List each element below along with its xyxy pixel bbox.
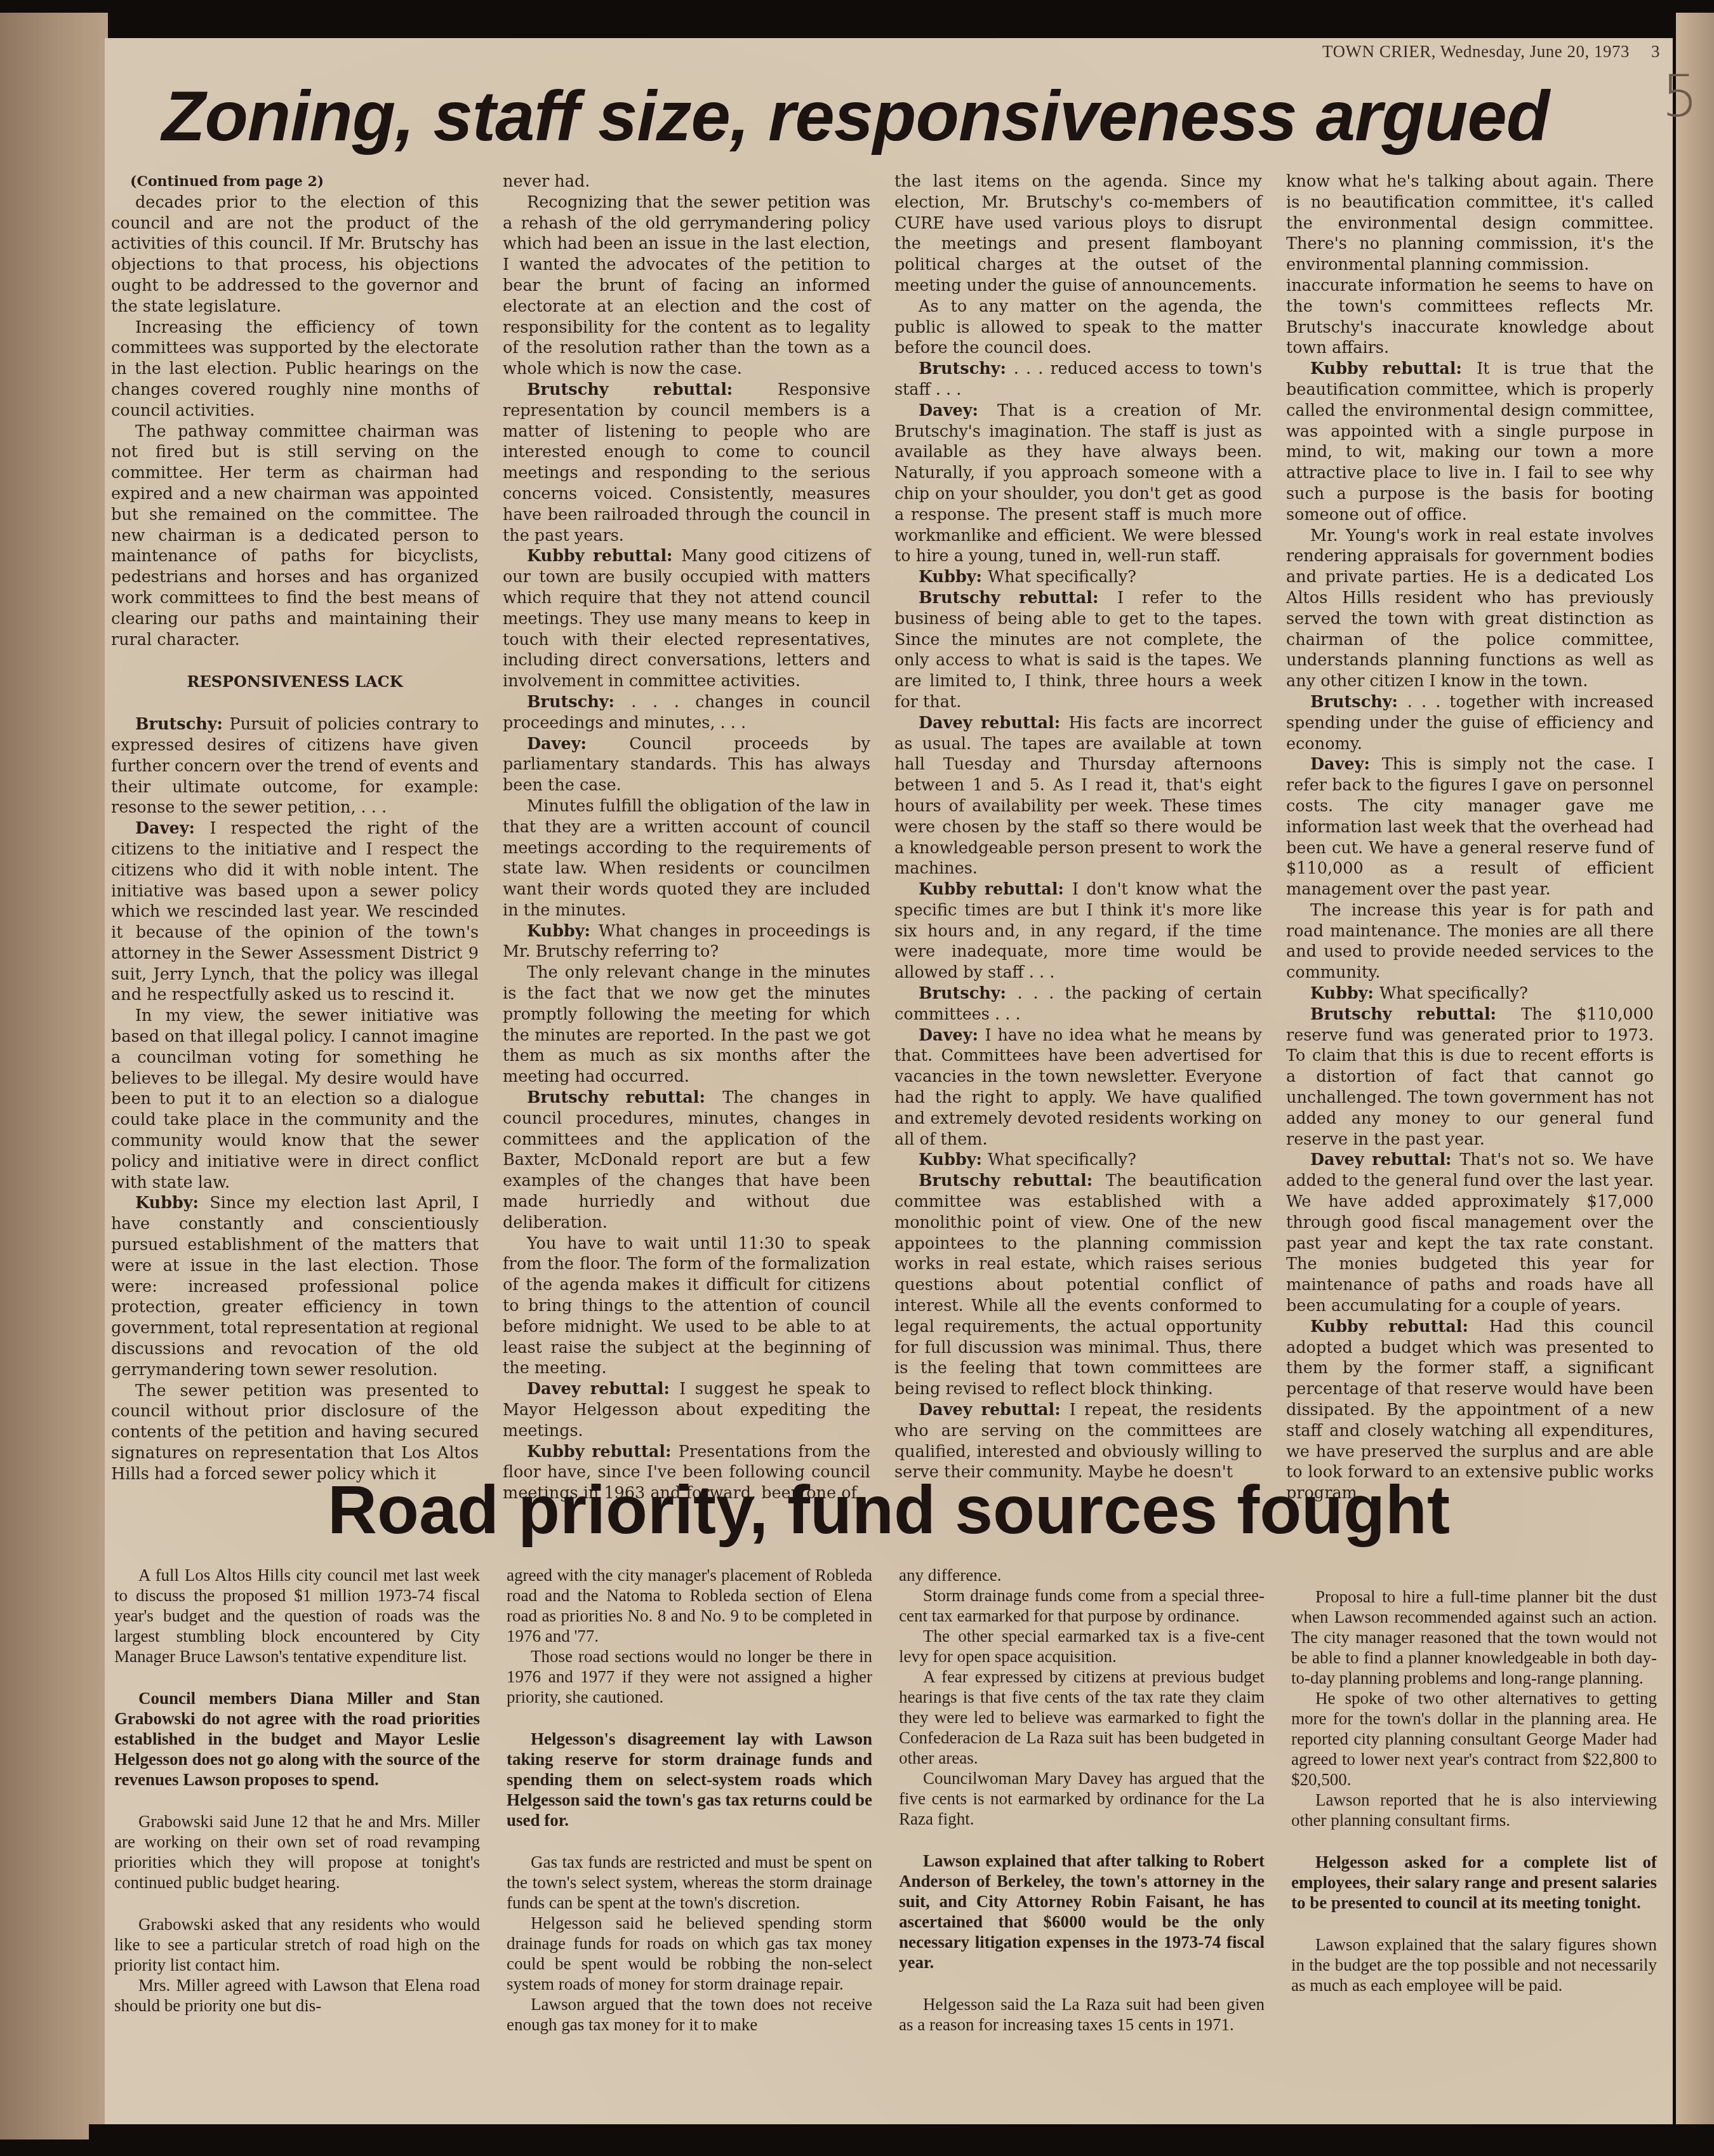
paragraph-text: The only relevant change in the minutes … <box>503 963 870 1086</box>
speaker-label: Davey: <box>135 819 210 838</box>
paragraph-text: The changes in council procedures, minut… <box>503 1088 870 1232</box>
paragraph: The pathway committee chairman was not f… <box>111 422 479 651</box>
paragraph: Proposal to hire a full-time planner bit… <box>1291 1587 1657 1688</box>
paragraph: Brutschy rebuttal: The changes in counci… <box>503 1088 870 1234</box>
paragraph: Kubby rebuttal: Many good citizens of ou… <box>503 546 870 692</box>
story1-column-1: (Continued from page 2) decades prior to… <box>111 171 479 1504</box>
paragraph: agreed with the city manager's placement… <box>507 1565 872 1646</box>
story2-column-4: Proposal to hire a full-time planner bit… <box>1291 1565 1657 2124</box>
paragraph: Gas tax funds are restricted and must be… <box>507 1852 872 1913</box>
story1-col2-paragraphs: never had.Recognizing that the sewer pet… <box>503 171 870 1504</box>
paragraph: Lawson argued that the town does not rec… <box>507 1994 872 2035</box>
paragraph-text: What specifically? <box>988 568 1136 587</box>
paragraph: Grabowski said June 12 that he and Mrs. … <box>114 1811 480 1893</box>
paragraph: Davey rebuttal: His facts are incorrect … <box>894 713 1262 879</box>
paragraph: Brutschy: . . . reduced access to town's… <box>894 359 1262 401</box>
page-number: 3 <box>1651 42 1660 61</box>
paragraph-text: Responsive representation by council mem… <box>503 380 870 545</box>
paragraph: Davey: I have no idea what he means by t… <box>894 1025 1262 1150</box>
paragraph-text: It is true that the beautification commi… <box>1286 359 1654 524</box>
speaker-label: Kubby rebuttal: <box>527 547 681 566</box>
paragraph: Davey rebuttal: That's not so. We have a… <box>1286 1150 1654 1316</box>
paragraph: Helgesson asked for a complete list of e… <box>1291 1852 1657 1913</box>
story2-col3-paragraphs: any difference.Storm drainage funds come… <box>899 1565 1265 2035</box>
paragraph-text: As to any matter on the agenda, the publ… <box>894 297 1262 358</box>
paragraph: The sewer petition was presented to coun… <box>111 1381 479 1485</box>
speaker-label: Davey: <box>1310 755 1382 774</box>
paragraph: Lawson reported that he is also intervie… <box>1291 1790 1657 1830</box>
paragraph-text: inaccurate information he seems to have … <box>1286 276 1654 357</box>
paragraph-text: That is a creation of Mr. Brutschy's ima… <box>894 401 1262 566</box>
speaker-label: Brutschy rebuttal: <box>919 589 1117 608</box>
paragraph: Increasing the efficiency of town commit… <box>111 317 479 422</box>
page-header: TOWN CRIER, Wednesday, June 20, 19733 <box>1322 42 1660 62</box>
paragraph: Brutschy: . . . changes in council proce… <box>503 692 870 734</box>
paragraph: inaccurate information he seems to have … <box>1286 276 1654 359</box>
paragraph: Councilwoman Mary Davey has argued that … <box>899 1768 1265 1829</box>
story1-col1b-paragraphs: Brutschy: Pursuit of policies contrary t… <box>111 714 479 1484</box>
speaker-label: Kubby: <box>919 568 988 587</box>
paragraph: Davey rebuttal: I suggest he speak to Ma… <box>503 1379 870 1441</box>
paragraph-text: The sewer petition was presented to coun… <box>111 1381 479 1484</box>
paragraph: Helgesson said he believed spending stor… <box>507 1913 872 1994</box>
paragraph: Kubby: What specifically? <box>1286 983 1654 1004</box>
paragraph: Davey: This is simply not the case. I re… <box>1286 754 1654 900</box>
paragraph-text: never had. <box>503 172 590 191</box>
paragraph: A full Los Altos Hills city council met … <box>114 1565 480 1667</box>
speaker-label: Brutschy: <box>919 984 1018 1003</box>
paragraph: Lawson explained that after talking to R… <box>899 1851 1265 1973</box>
paragraph-text: know what he's talking about again. Ther… <box>1286 172 1654 274</box>
paragraph: Lawson explained that the salary figures… <box>1291 1934 1657 1995</box>
speaker-label: Brutschy rebuttal: <box>1310 1005 1521 1024</box>
paragraph: Kubby: What changes in proceedings is Mr… <box>503 921 870 963</box>
paragraph-text: In my view, the sewer initiative was bas… <box>111 1006 479 1192</box>
paragraph: Davey: That is a creation of Mr. Brutsch… <box>894 401 1262 567</box>
speaker-label: Kubby: <box>1310 984 1379 1003</box>
paragraph: Recognizing that the sewer petition was … <box>503 192 870 380</box>
paragraph-text: Recognizing that the sewer petition was … <box>503 193 870 378</box>
paragraph: the last items on the agenda. Since my e… <box>894 171 1262 296</box>
speaker-label: Davey rebuttal: <box>527 1380 679 1399</box>
paragraph: Kubby rebuttal: I don't know what the sp… <box>894 879 1262 983</box>
paragraph: know what he's talking about again. Ther… <box>1286 171 1654 276</box>
paragraph-text: You have to wait until 11:30 to speak fr… <box>503 1234 870 1378</box>
story2-column-3: any difference.Storm drainage funds come… <box>899 1565 1265 2124</box>
speaker-label: Brutschy: <box>919 359 1014 378</box>
handwritten-margin-mark: 5 <box>1662 63 1698 130</box>
speaker-label: Brutschy rebuttal: <box>527 1088 722 1107</box>
speaker-label: Kubby: <box>527 922 599 941</box>
story1-col1-paragraphs: decades prior to the election of this co… <box>111 192 479 651</box>
paragraph-text: Mr. Young's work in real estate involves… <box>1286 526 1654 691</box>
paragraph: As to any matter on the agenda, the publ… <box>894 296 1262 359</box>
paragraph-text: The $110,000 reserve fund was generated … <box>1286 1005 1654 1149</box>
paragraph-text: This is simply not the case. I refer bac… <box>1286 755 1654 899</box>
paragraph: Storm drainage funds come from a special… <box>899 1585 1265 1626</box>
paragraph-text: decades prior to the election of this co… <box>111 193 479 316</box>
paragraph: Kubby: What specifically? <box>894 567 1262 588</box>
paragraph-text: The pathway committee chairman was not f… <box>111 422 479 649</box>
paragraph: The only relevant change in the minutes … <box>503 962 870 1088</box>
paragraph: Brutschy: . . . together with increased … <box>1286 692 1654 754</box>
paragraph: Brutschy rebuttal: The $110,000 reserve … <box>1286 1004 1654 1150</box>
paragraph: never had. <box>503 171 870 192</box>
bottom-shadow <box>89 2124 1714 2156</box>
speaker-label: Davey rebuttal: <box>919 714 1069 733</box>
speaker-label: Davey: <box>527 735 629 754</box>
paragraph: Mrs. Miller agreed with Lawson that Elen… <box>114 1975 480 2016</box>
story1-col4-paragraphs: know what he's talking about again. Ther… <box>1286 171 1654 1504</box>
paragraph: Grabowski asked that any residents who w… <box>114 1914 480 1975</box>
paragraph-text: the last items on the agenda. Since my e… <box>894 172 1262 295</box>
paragraph: Brutschy: Pursuit of policies contrary t… <box>111 714 479 818</box>
paragraph: Davey: Council proceeds by parliamentary… <box>503 734 870 796</box>
story2-body: A full Los Altos Hills city council met … <box>114 1565 1657 2124</box>
paragraph: Council members Diana Miller and Stan Gr… <box>114 1688 480 1790</box>
speaker-label: Brutschy: <box>1310 693 1407 712</box>
paragraph: Those road sections would no longer be t… <box>507 1646 872 1707</box>
speaker-label: Brutschy rebuttal: <box>527 380 778 399</box>
paragraph: The other special earmarked tax is a fiv… <box>899 1626 1265 1667</box>
paragraph: Brutschy: . . . the packing of certain c… <box>894 983 1262 1025</box>
paragraph: decades prior to the election of this co… <box>111 192 479 317</box>
speaker-label: Kubby rebuttal: <box>1310 359 1477 378</box>
speaker-label: Davey: <box>919 401 997 420</box>
speaker-label: Kubby rebuttal: <box>919 880 1072 899</box>
story1-column-2: never had.Recognizing that the sewer pet… <box>503 171 870 1504</box>
story2-column-1: A full Los Altos Hills city council met … <box>114 1565 480 2124</box>
paragraph-text: What specifically? <box>988 1150 1136 1169</box>
story1-column-3: the last items on the agenda. Since my e… <box>894 171 1262 1504</box>
subhead-responsiveness-lack: RESPONSIVENESS LACK <box>111 672 479 693</box>
speaker-label: Kubby: <box>919 1150 988 1169</box>
paragraph-text: Increasing the efficiency of town commit… <box>111 318 479 420</box>
paragraph-text: I respected the right of the citizens to… <box>111 819 479 1004</box>
paragraph-text: What specifically? <box>1379 984 1528 1003</box>
speaker-label: Kubby rebuttal: <box>527 1442 679 1461</box>
paragraph: any difference. <box>899 1565 1265 1585</box>
paragraph: Kubby: Since my election last April, I h… <box>111 1193 479 1380</box>
publication-dateline: TOWN CRIER, Wednesday, June 20, 1973 <box>1322 42 1630 61</box>
story1-body: (Continued from page 2) decades prior to… <box>111 171 1654 1460</box>
paragraph-text: The beautification committee was establi… <box>894 1171 1262 1399</box>
paragraph-text: Since my election last April, I have con… <box>111 1194 479 1379</box>
story2-col1-paragraphs: A full Los Altos Hills city council met … <box>114 1565 480 2016</box>
paragraph: Davey: I respected the right of the citi… <box>111 818 479 1006</box>
paragraph: In my view, the sewer initiative was bas… <box>111 1006 479 1193</box>
story2-headline: Road priority, fund sources fought <box>105 1470 1673 1549</box>
story1-col3-paragraphs: the last items on the agenda. Since my e… <box>894 171 1262 1483</box>
paragraph: Minutes fulfill the obligation of the la… <box>503 796 870 921</box>
speaker-label: Davey rebuttal: <box>1310 1150 1459 1169</box>
speaker-label: Davey: <box>919 1026 985 1045</box>
speaker-label: Brutschy: <box>527 693 631 712</box>
paragraph: Mr. Young's work in real estate involves… <box>1286 526 1654 692</box>
paragraph-text: The increase this year is for path and r… <box>1286 901 1654 982</box>
paragraph: The increase this year is for path and r… <box>1286 900 1654 983</box>
speaker-label: Brutschy rebuttal: <box>919 1171 1106 1190</box>
newspaper-page: TOWN CRIER, Wednesday, June 20, 19733 5 … <box>105 38 1673 2127</box>
story2-column-2: agreed with the city manager's placement… <box>507 1565 872 2124</box>
story1-column-4: know what he's talking about again. Ther… <box>1286 171 1654 1504</box>
continued-from-note: (Continued from page 2) <box>130 171 479 192</box>
paragraph: Brutschy rebuttal: The beautification co… <box>894 1171 1262 1400</box>
paragraph: A fear expressed by citizens at previous… <box>899 1667 1265 1768</box>
speaker-label: Kubby: <box>135 1194 209 1213</box>
story2-col2-paragraphs: agreed with the city manager's placement… <box>507 1565 872 2035</box>
paragraph: He spoke of two other alternatives to ge… <box>1291 1688 1657 1790</box>
speaker-label: Brutschy: <box>135 715 230 734</box>
story1-headline: Zoning, staff size, responsiveness argue… <box>162 75 1590 157</box>
story2-col4-paragraphs: Proposal to hire a full-time planner bit… <box>1291 1587 1657 1995</box>
paragraph-text: That's not so. We have added to the gene… <box>1286 1150 1654 1315</box>
paragraph: You have to wait until 11:30 to speak fr… <box>503 1234 870 1380</box>
paragraph-text: His facts are incorrect as usual. The ta… <box>894 714 1262 879</box>
paragraph-text: Many good citizens of our town are busil… <box>503 547 870 691</box>
paragraph-text: Minutes fulfill the obligation of the la… <box>503 797 870 920</box>
paragraph: Kubby: What specifically? <box>894 1150 1262 1171</box>
binder-left-edge <box>0 13 108 2139</box>
paragraph: Brutschy rebuttal: I refer to the busine… <box>894 588 1262 713</box>
paragraph: Helgesson's disagreement lay with Lawson… <box>507 1729 872 1830</box>
speaker-label: Davey rebuttal: <box>919 1401 1070 1420</box>
binder-right-edge <box>1676 13 1714 2139</box>
paragraph: Kubby rebuttal: It is true that the beau… <box>1286 359 1654 525</box>
paragraph: Helgesson said the La Raza suit had been… <box>899 1994 1265 2035</box>
speaker-label: Kubby rebuttal: <box>1310 1317 1489 1336</box>
paragraph: Brutschy rebuttal: Responsive representa… <box>503 380 870 546</box>
